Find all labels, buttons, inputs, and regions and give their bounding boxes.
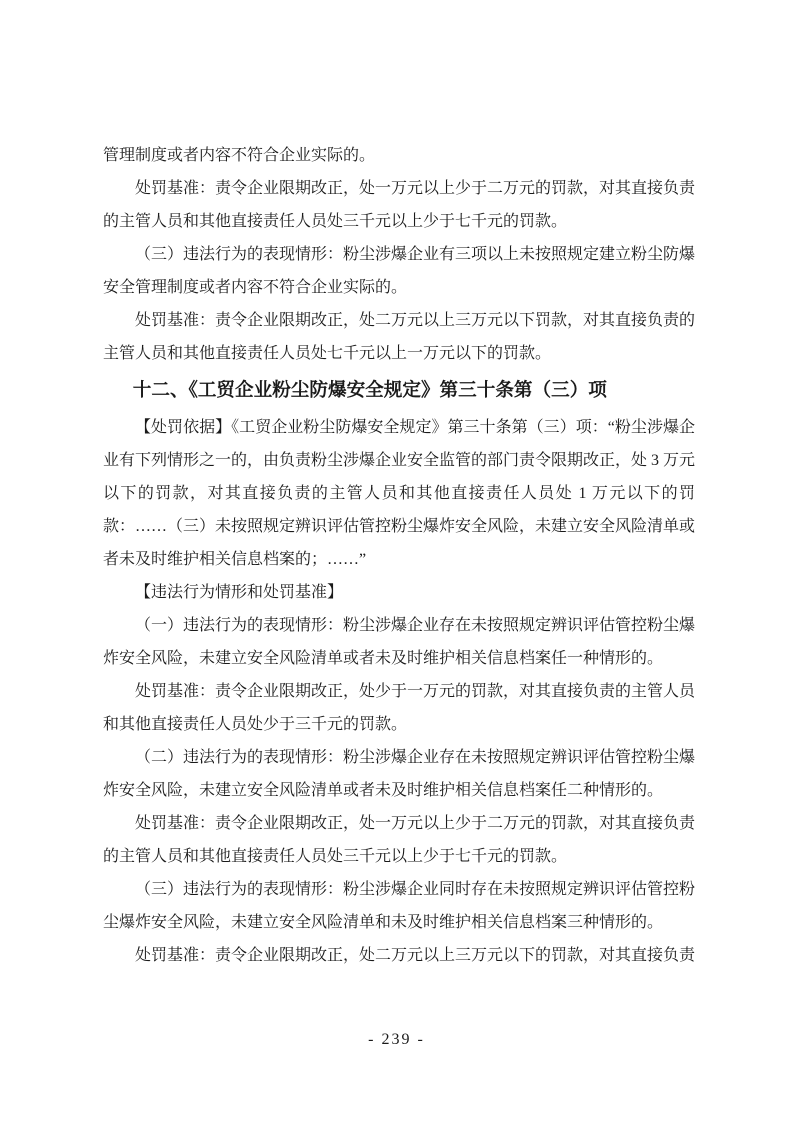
body-paragraph-penalty-2: 处罚基准：责令企业限期改正，处二万元以上三万元以下罚款，对其直接负责的主管人员和… xyxy=(103,304,695,370)
body-paragraph-situation-1: （一）违法行为的表现情形：粉尘涉爆企业存在未按照规定辨识评估管控粉尘爆炸安全风险… xyxy=(103,609,695,675)
section-heading: 十二、《工贸企业粉尘防爆安全规定》第三十条第（三）项 xyxy=(103,370,695,411)
body-paragraph-legal-basis: 【处罚依据】《工贸企业粉尘防爆安全规定》第三十条第（三）项：“粉尘涉爆企业有下列… xyxy=(103,411,695,576)
body-paragraph-situation-2: （二）违法行为的表现情形：粉尘涉爆企业存在未按照规定辨识评估管控粉尘爆炸安全风险… xyxy=(103,741,695,807)
body-paragraph-subheading: 【违法行为情形和处罚基准】 xyxy=(103,576,695,609)
document-content: 管理制度或者内容不符合企业实际的。 处罚基准：责令企业限期改正，处一万元以上少于… xyxy=(103,139,695,972)
page-footer: - 239 - xyxy=(0,1029,793,1051)
body-paragraph-situation-3: （三）违法行为的表现情形：粉尘涉爆企业同时存在未按照规定辨识评估管控粉尘爆炸安全… xyxy=(103,873,695,939)
body-paragraph-penalty-1: 处罚基准：责令企业限期改正，处一万元以上少于二万元的罚款，对其直接负责的主管人员… xyxy=(103,172,695,238)
body-paragraph-penalty-3: 处罚基准：责令企业限期改正，处少于一万元的罚款，对其直接负责的主管人员和其他直接… xyxy=(103,675,695,741)
body-paragraph-penalty-5-truncated: 处罚基准：责令企业限期改正，处二万元以上三万元以下的罚款，对其直接负责 xyxy=(103,939,695,972)
page-number: - 239 - xyxy=(368,1031,425,1048)
body-paragraph-continuation: 管理制度或者内容不符合企业实际的。 xyxy=(103,139,695,172)
body-paragraph-penalty-4: 处罚基准：责令企业限期改正，处一万元以上少于二万元的罚款，对其直接负责的主管人员… xyxy=(103,807,695,873)
body-paragraph-violation-3: （三）违法行为的表现情形：粉尘涉爆企业有三项以上未按照规定建立粉尘防爆安全管理制… xyxy=(103,238,695,304)
